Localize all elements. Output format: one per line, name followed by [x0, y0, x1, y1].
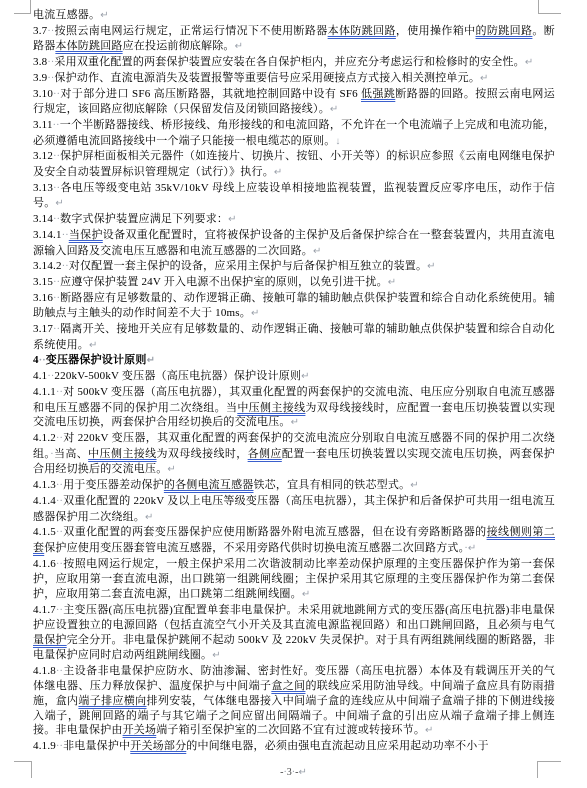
text-run: 4.1.3: [33, 479, 56, 491]
underlined-run: 中压侧主接线: [88, 448, 156, 460]
document-page: 电流互感器。↵3.7··按照云南电网运行规定，正常运行情况下不使用断路器本体防跳…: [0, 0, 587, 788]
format-mark: ↵: [145, 512, 154, 523]
text-run: 按照云南电网运行规定，正常运行情况下不使用断路器: [54, 25, 327, 37]
format-mark: ↓: [335, 136, 340, 147]
paragraph: 4.1.3··用于变压器差动保护的各侧电流互感器铁芯，宜具有相同的铁芯型式。↵: [33, 478, 555, 494]
paragraph: 3.14.1··当保护设备双重化配置时，宜将被保护设备的主保护及后备保护综合在一…: [33, 228, 555, 259]
text-run: 4.1.4: [33, 495, 56, 507]
paragraph: 4.1.7··主变压器(高压电抗器)宜配置单套非电量保护。未采用就地跳闸方式的变…: [33, 603, 555, 664]
paragraph: 4.1.8··主设备非电量保护应防水、防油渗漏、密封性好。变压器（高压电抗器）本…: [33, 664, 555, 740]
format-mark: ··: [53, 120, 60, 131]
text-run: 3.11: [33, 119, 53, 131]
paragraph: 3.15··应遵守保护装置 24V 开入电源不出保护室的原则，以免引进干扰。↵: [33, 275, 555, 291]
paragraph: 3.8··采用双重化配置的两套保护装置应安装在各自保护柜内，并应充分考虑运行和检…: [33, 55, 555, 71]
format-mark: ↵: [525, 57, 534, 68]
text-run: 隔离开关、接地开关应有足够数量的、动作逻辑正确、接触可靠的辅助触点供保护装置和综…: [33, 323, 555, 351]
text-run: 4.1.8: [33, 665, 56, 677]
underlined-run: 开关场部分: [130, 740, 186, 752]
format-mark: ↵: [228, 214, 237, 225]
format-mark: ↵: [302, 589, 311, 600]
text-run: 对仅配置一套主保护的设备，应采用主保护与后备保护相互独立的装置。: [69, 260, 427, 272]
paragraph: 4.1.2··对 220kV 变压器，其双重化配置的两套保护的交流电流应分别取自…: [33, 431, 555, 478]
text-run: 4.1.1: [33, 386, 56, 398]
format-mark: ↵: [298, 767, 306, 778]
underlined-run: 低强跳: [361, 88, 395, 100]
paragraph: 3.14.2··对仅配置一套主保护的设备，应采用主保护与后备保护相互独立的装置。…: [33, 259, 555, 275]
paragraph: 3.9··保护动作、直流电源消失及装置报警等重要信号应采用硬接点方式接入相关测控…: [33, 71, 555, 87]
text-run: 3.14: [33, 213, 53, 225]
text-run: 4.1.6: [33, 558, 56, 570]
text-run: ，使用操作箱中: [396, 25, 476, 37]
paragraph: 电流互感器。↵: [33, 8, 555, 24]
text-run: 3.13: [33, 182, 53, 194]
text-run: 完全分开。非电量保护跳闸不起动 500kV 及 220kV 失灵保护。对于具有两…: [33, 634, 555, 661]
text-run: 4.1.2: [33, 432, 56, 444]
text-run: 按照电网运行规定，一般主保护采用二次谐波制动比率差动保护原理的主变压器保护作为第…: [33, 558, 555, 600]
format-mark: ··: [39, 355, 46, 366]
format-mark: ··: [56, 605, 63, 616]
text-run: 3.15: [33, 276, 53, 288]
text-run: 对于部分进口 SF6 高压断路器，其就地控制回路中设有 SF6: [60, 88, 361, 100]
text-run: 3.16: [33, 292, 53, 304]
paragraph: 3.10··对于部分进口 SF6 高压断路器，其就地控制回路中设有 SF6 低强…: [33, 87, 555, 118]
format-mark: ↵: [274, 167, 283, 178]
text-run: 4.1.5: [33, 526, 56, 538]
paragraph: 3.14··数字式保护装置应满足下列要求：↵: [33, 212, 555, 228]
paragraph: 4.1··220kV-500kV 变压器（高压电抗器）保护设计原则↵: [33, 369, 555, 385]
format-mark: ↵: [89, 340, 98, 351]
text-run: 保护应使用变压器套管电流互感器，不采用旁路代供时切换电流互感器二次回路方式。: [44, 542, 464, 554]
text-run: 3.10: [33, 88, 53, 100]
text-run: 的中间继电器，必须由强电直流起动且应采用起动功率不小于: [186, 740, 488, 752]
text-run: 电流互感器。: [33, 9, 100, 21]
format-mark: ··: [56, 387, 63, 398]
text-run: 4.1: [33, 370, 47, 382]
paragraph: 3.12··保护屏柜面板相关元器件（如连接片、切换片、按钮、小开关等）的标识应参…: [33, 149, 555, 180]
format-mark: ↵: [100, 10, 109, 21]
page-number: -·3·-↵: [0, 767, 587, 778]
underlined-run: 量保护: [33, 634, 67, 646]
text-run: 双重化配置的两套变压器保护应使用断路器外附电流互感器，但在设有旁路断路器的: [63, 526, 487, 538]
format-mark: ··: [56, 559, 63, 570]
underlined-run: 端子排应横向: [78, 695, 146, 707]
format-mark: ↵: [330, 104, 339, 115]
format-mark: ↵: [55, 198, 64, 209]
format-mark: ↵: [425, 725, 434, 736]
format-mark: ··: [56, 480, 63, 491]
text-run: 为双母线接线时，: [157, 448, 248, 460]
format-mark: ↵: [480, 73, 489, 84]
paragraph: 3.13··各电压等级变电站 35kV/10kV 母线上应装设单相接地监视装置，…: [33, 181, 555, 212]
text-run: 3.17: [33, 323, 53, 335]
format-mark: ↵: [313, 246, 322, 257]
underlined-run: 本体防跳回路: [328, 25, 396, 37]
text-run: 一个半断路器接线、桥形接线、角形接线的和电流回路，不允许在一个电流端子上完成和电…: [33, 119, 555, 147]
underlined-run: 中压侧主接线: [237, 402, 305, 414]
format-mark: ↵: [291, 417, 300, 428]
format-mark: ↵: [427, 261, 436, 272]
text-run: 应在投运前彻底解除。: [123, 40, 235, 52]
format-mark: ↵: [147, 355, 156, 366]
text-run: 各电压等级变电站 35kV/10kV 母线上应装设单相接地监视装置，监视装置反应…: [33, 182, 555, 210]
text-run: 220kV-500kV 变压器（高压电抗器）保护设计原则: [54, 370, 301, 382]
format-mark: ··: [56, 433, 63, 444]
paragraph: 3.7··按照云南电网运行规定，正常运行情况下不使用断路器本体防跳回路，使用操作…: [33, 24, 555, 55]
text-run: 非电量保护中: [63, 740, 130, 752]
paragraph: 4.1.4··双重化配置的 220kV 及以上电压等级变压器（高压电抗器），其主…: [33, 494, 555, 525]
paragraph: 4.1.9··非电量保护中开关场部分的中间继电器，必须由强电直流起动且应采用起动…: [33, 739, 555, 755]
text-run: 采用双重化配置的两套保护装置应安装在各自保护柜内，并应充分考虑运行和检修时的安全…: [54, 56, 524, 68]
paragraph: 4.1.6··按照电网运行规定，一般主保护采用二次谐波制动比率差动保护原理的主变…: [33, 557, 555, 603]
text-run: 3.14.2: [33, 260, 62, 272]
text-run: 主变压器(高压电抗器)宜配置单套非电量保护。未采用就地跳闸方式的变压器(高压电抗…: [33, 604, 555, 632]
paragraph: 4.1.5··双重化配置的两套变压器保护应使用断路器外附电流互感器，但在设有旁路…: [33, 525, 555, 556]
margin-corner-mark-top-left: [14, 0, 31, 14]
format-mark: ↵: [212, 650, 221, 661]
text-run: 用于变压器差动保护: [63, 479, 164, 491]
format-mark: ↵: [301, 371, 310, 382]
underlined-run: 本体防跳回路: [55, 40, 122, 52]
format-mark: ··: [56, 527, 63, 538]
text-run: 双重化配置的 220kV 及以上电压等级变压器（高压电抗器），其主保护和后备保护…: [33, 495, 555, 523]
text-run: 3.12: [33, 150, 53, 162]
paragraph: 3.16··断路器应有足够数量的、动作逻辑正确、接触可靠的辅助触点供保护装置和综…: [33, 291, 555, 322]
text-run: 设备双重化配置时，宜将被保护设备的主保护及后备保护综合在一整套装置内，共用直流电…: [33, 229, 555, 257]
text-run: 变压器保护设计原则: [46, 354, 147, 366]
paragraph: 3.11··一个半断路器接线、桥形接线、角形接线的和电流回路，不允许在一个电流端…: [33, 118, 555, 149]
underlined-run: 当保护: [69, 229, 103, 241]
underlined-run: 开关场: [123, 724, 157, 736]
format-mark: ·↵: [464, 543, 476, 554]
text-run: 4.1.9: [33, 740, 56, 752]
text-run: 应遵守保护装置 24V 开入电源不出保护室的原则，以免引进干扰。: [60, 276, 388, 288]
text-run: 端子箱引至保护室的二次回路不宜有过渡或转接环节。: [156, 724, 425, 736]
text-run: 3.14.1: [33, 229, 62, 241]
text-run: 3.8: [33, 56, 47, 68]
format-mark: ··: [62, 261, 69, 272]
text-run: 3.9: [33, 72, 47, 84]
paragraph: 3.17··隔离开关、接地开关应有足够数量的、动作逻辑正确、接触可靠的辅助触点供…: [33, 322, 555, 353]
text-run: 3.7: [33, 25, 47, 37]
format-mark: ↵: [388, 277, 397, 288]
format-mark: ↵: [251, 308, 260, 319]
format-mark: ↵: [235, 41, 244, 52]
format-mark: ↵: [167, 464, 176, 475]
text-run: 断路器应有足够数量的、动作逻辑正确、接触可靠的辅助触点供保护装置和综合自动化系统…: [33, 292, 555, 320]
underlined-run: 各侧应: [248, 448, 282, 460]
text-run: 数字式保护装置应满足下列要求：: [60, 213, 228, 225]
paragraph: 4··变压器保护设计原则↵: [33, 353, 555, 369]
document-body: 电流互感器。↵3.7··按照云南电网运行规定，正常运行情况下不使用断路器本体防跳…: [33, 8, 555, 755]
underlined-run: 的各侧电流互感器: [164, 479, 254, 491]
text-run: 当高、: [54, 448, 88, 460]
format-mark: ··: [62, 230, 69, 241]
text-run: 铁芯，宜具有相同的铁芯型式。: [253, 479, 410, 491]
text-run: 4.1.7: [33, 604, 56, 616]
text-run: 保护动作、直流电源消失及装置报警等重要信号应采用硬接点方式接入相关测控单元。: [54, 72, 480, 84]
format-mark: ↵: [410, 480, 419, 491]
format-mark: ··: [56, 496, 63, 507]
underlined-run: 的防跳回路: [476, 25, 533, 37]
paragraph: 4.1.1··对 500kV 变压器（高压电抗器），其双重化配置的两套保护的交流…: [33, 385, 555, 431]
underlined-run: 盒之间: [271, 680, 305, 692]
format-mark: ··: [56, 741, 63, 752]
text-run: 保护屏柜面板相关元器件（如连接片、切换片、按钮、小开关等）的标识应参照《云南电网…: [33, 150, 555, 178]
format-mark: ··: [56, 666, 63, 677]
